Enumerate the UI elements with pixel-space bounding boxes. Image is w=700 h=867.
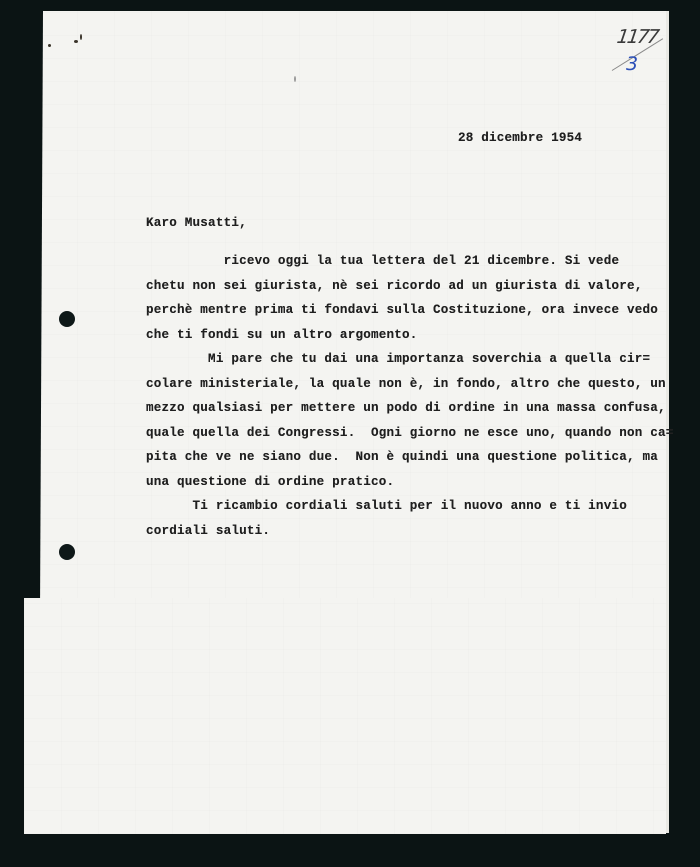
paper-edge <box>666 11 669 833</box>
letter-line: Mi pare che tu dai una importanza soverc… <box>146 352 650 366</box>
paper-speck <box>74 40 78 43</box>
letter-salutation: Karo Musatti, <box>146 216 247 230</box>
archive-page-number: 3 <box>626 53 638 75</box>
letter-line: perchè mentre prima ti fondavi sulla Cos… <box>146 303 658 317</box>
punch-hole <box>59 311 75 327</box>
letter-line: che ti fondi su un altro argomento. <box>146 328 418 342</box>
letter-line: cordiali saluti. <box>146 524 270 538</box>
letter-line: chetu non sei giurista, nè sei ricordo a… <box>146 279 642 293</box>
letter-line: ricevo oggi la tua lettera del 21 dicemb… <box>146 254 619 268</box>
letter-line: quale quella dei Congressi. Ogni giorno … <box>146 426 674 440</box>
punch-hole <box>59 544 75 560</box>
letter-line: colare ministeriale, la quale non è, in … <box>146 377 666 391</box>
letter-line: pita che ve ne siano due. Non è quindi u… <box>146 450 658 464</box>
paper-speck <box>80 34 82 40</box>
letter-line: una questione di ordine pratico. <box>146 475 394 489</box>
paper-speck <box>48 44 51 47</box>
letter-line: Ti ricambio cordiali saluti per il nuovo… <box>146 499 627 513</box>
letter-line: mezzo qualsiasi per mettere un podo di o… <box>146 401 666 415</box>
letter-date: 28 dicembre 1954 <box>458 131 582 145</box>
paper-speck <box>294 76 296 82</box>
paper-sheet-lower <box>24 598 666 834</box>
